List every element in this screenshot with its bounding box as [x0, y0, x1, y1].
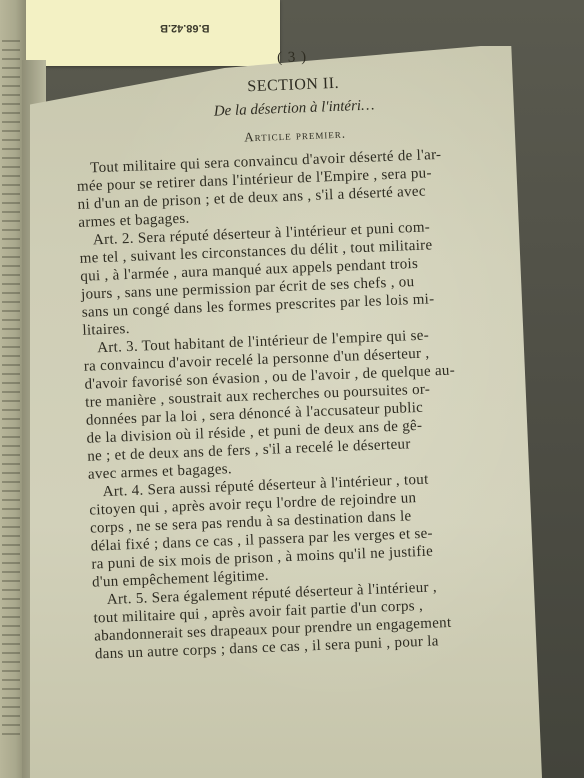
body-lines: Tout militaire qui sera convaincu d'avoi… — [76, 143, 535, 664]
shelf-label-code: B.68.42.B — [160, 22, 210, 34]
page-text-block: ( 3 ) SECTION II. De la désertion à l'in… — [72, 41, 535, 663]
bleed-through-text — [2, 40, 20, 738]
